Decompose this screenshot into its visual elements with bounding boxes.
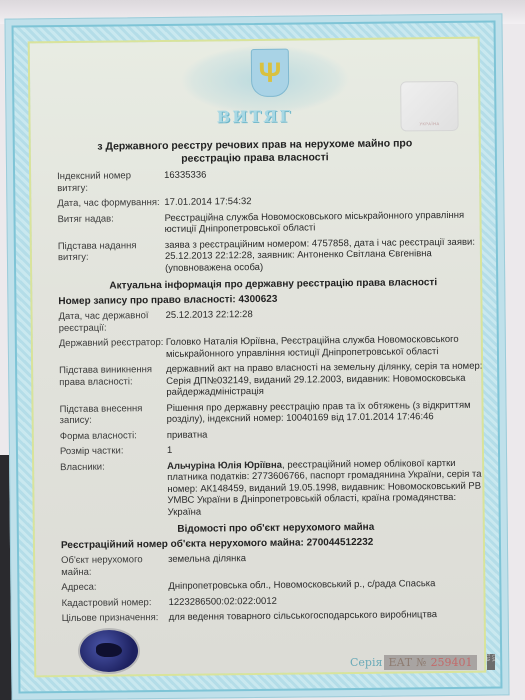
- field-value: Рішення про державну реєстрацію прав та …: [166, 399, 489, 425]
- field-value: Реєстраційна служба Новомосковського міс…: [164, 209, 487, 235]
- field-registrar: Державний реєстратор: Головко Наталія Юр…: [59, 334, 489, 362]
- field-share-size: Розмір частки: 1: [60, 442, 490, 458]
- certificate-sheet: Ψ УКРАЇНА ВИТЯГ з Державного реєстру реч…: [4, 13, 509, 700]
- field-label: Підстава надання витягу:: [58, 239, 165, 275]
- field-value: заява з реєстраційним номером: 4757858, …: [165, 236, 488, 274]
- field-extract-index: Індексний номер витягу: 16335336: [57, 167, 487, 195]
- field-purpose: Цільове призначення: для ведення товарно…: [62, 609, 492, 625]
- field-value: Альчуріна Юлія Юріївна, реєстраційний но…: [167, 457, 491, 518]
- field-label: Форма власності:: [60, 429, 167, 442]
- field-label: Дата, час державної реєстрації:: [59, 310, 166, 334]
- field-entry-basis: Підстава внесення запису: Рішення про де…: [59, 399, 489, 427]
- trident-coat-of-arms-icon: Ψ: [251, 49, 290, 97]
- field-value: для ведення товарного сільськогосподарсь…: [169, 609, 492, 624]
- field-label: Державний реєстратор:: [59, 337, 166, 361]
- field-value: земельна ділянка: [168, 551, 491, 577]
- field-registration-date: Дата, час державної реєстрації: 25.12.20…: [59, 307, 489, 335]
- ukraine-map-hologram-icon: [78, 628, 140, 674]
- field-label: Підстава виникнення права власності:: [59, 364, 166, 400]
- field-value: державний акт на право власності на земе…: [166, 361, 489, 399]
- field-value: приватна: [167, 426, 490, 441]
- serial-box: ЕАТ № 259401: [384, 655, 476, 670]
- field-ownership-basis: Підстава виникнення права власності: дер…: [59, 361, 489, 400]
- number-prefix: №: [416, 656, 426, 669]
- field-label: Адреса:: [61, 581, 168, 594]
- field-label: Цільове призначення:: [62, 612, 169, 625]
- field-value: 17.01.2014 17:54:32: [164, 194, 487, 209]
- field-label: Власники:: [60, 460, 168, 519]
- ownership-section-title: Актуальна інформація про державну реєстр…: [58, 277, 488, 293]
- series-label: Серія: [350, 656, 382, 669]
- ownership-record-number: Номер запису про право власності: 430062…: [58, 291, 488, 307]
- document-content: Індексний номер витягу: 16335336 Дата, ч…: [57, 167, 492, 629]
- field-label: Об'єкт нерухомого майна:: [61, 554, 168, 578]
- property-section-title: Відомості про об'єкт нерухомого майна: [61, 521, 491, 537]
- document-subtitle: з Державного реєстру речових прав на нер…: [71, 137, 439, 167]
- field-extract-basis: Підстава надання витягу: заява з реєстра…: [58, 236, 488, 275]
- serial-number-block: Серія ЕАТ № 259401 UA UA: [350, 654, 495, 670]
- serial-number: 259401: [431, 656, 473, 669]
- field-cadastral-number: Кадастровий номер: 1223286500:02:022:001…: [62, 593, 492, 609]
- series-code: ЕАТ: [388, 656, 412, 669]
- field-value: Дніпропетровська обл., Новомосковський р…: [168, 578, 491, 593]
- field-label: Індексний номер витягу:: [57, 170, 164, 194]
- ua-tag: UA UA: [487, 654, 495, 670]
- field-formation-date: Дата, час формування: 17.01.2014 17:54:3…: [57, 194, 487, 210]
- field-property-object: Об'єкт нерухомого майна: земельна ділянк…: [61, 551, 491, 579]
- field-address: Адреса: Дніпропетровська обл., Новомоско…: [61, 578, 491, 594]
- field-label: Підстава внесення запису:: [59, 402, 166, 426]
- field-issued-by: Витяг надав: Реєстраційна служба Новомос…: [57, 209, 487, 237]
- field-value: 16335336: [164, 167, 487, 193]
- field-label: Розмір частки:: [60, 445, 167, 458]
- field-value: 25.12.2013 22:12:28: [166, 307, 489, 333]
- field-owners: Власники: Альчуріна Юлія Юріївна, реєстр…: [60, 457, 491, 519]
- field-value: 1: [167, 442, 490, 457]
- guilloche-border: Ψ УКРАЇНА ВИТЯГ з Державного реєстру реч…: [12, 20, 503, 693]
- field-label: Витяг надав:: [57, 212, 164, 236]
- certificate-body: Ψ УКРАЇНА ВИТЯГ з Державного реєстру реч…: [28, 37, 487, 678]
- field-value: 1223286500:02:022:0012: [169, 593, 492, 608]
- field-ownership-form: Форма власності: приватна: [60, 426, 490, 442]
- field-value: Головко Наталія Юріївна, Реєстраційна сл…: [166, 334, 489, 360]
- field-label: Дата, час формування:: [57, 197, 164, 210]
- property-registration-number: Реєстраційний номер об'єкта нерухомого м…: [61, 535, 491, 551]
- owner-name: Альчуріна Юлія Юріївна: [167, 459, 282, 471]
- field-label: Кадастровий номер:: [62, 596, 169, 609]
